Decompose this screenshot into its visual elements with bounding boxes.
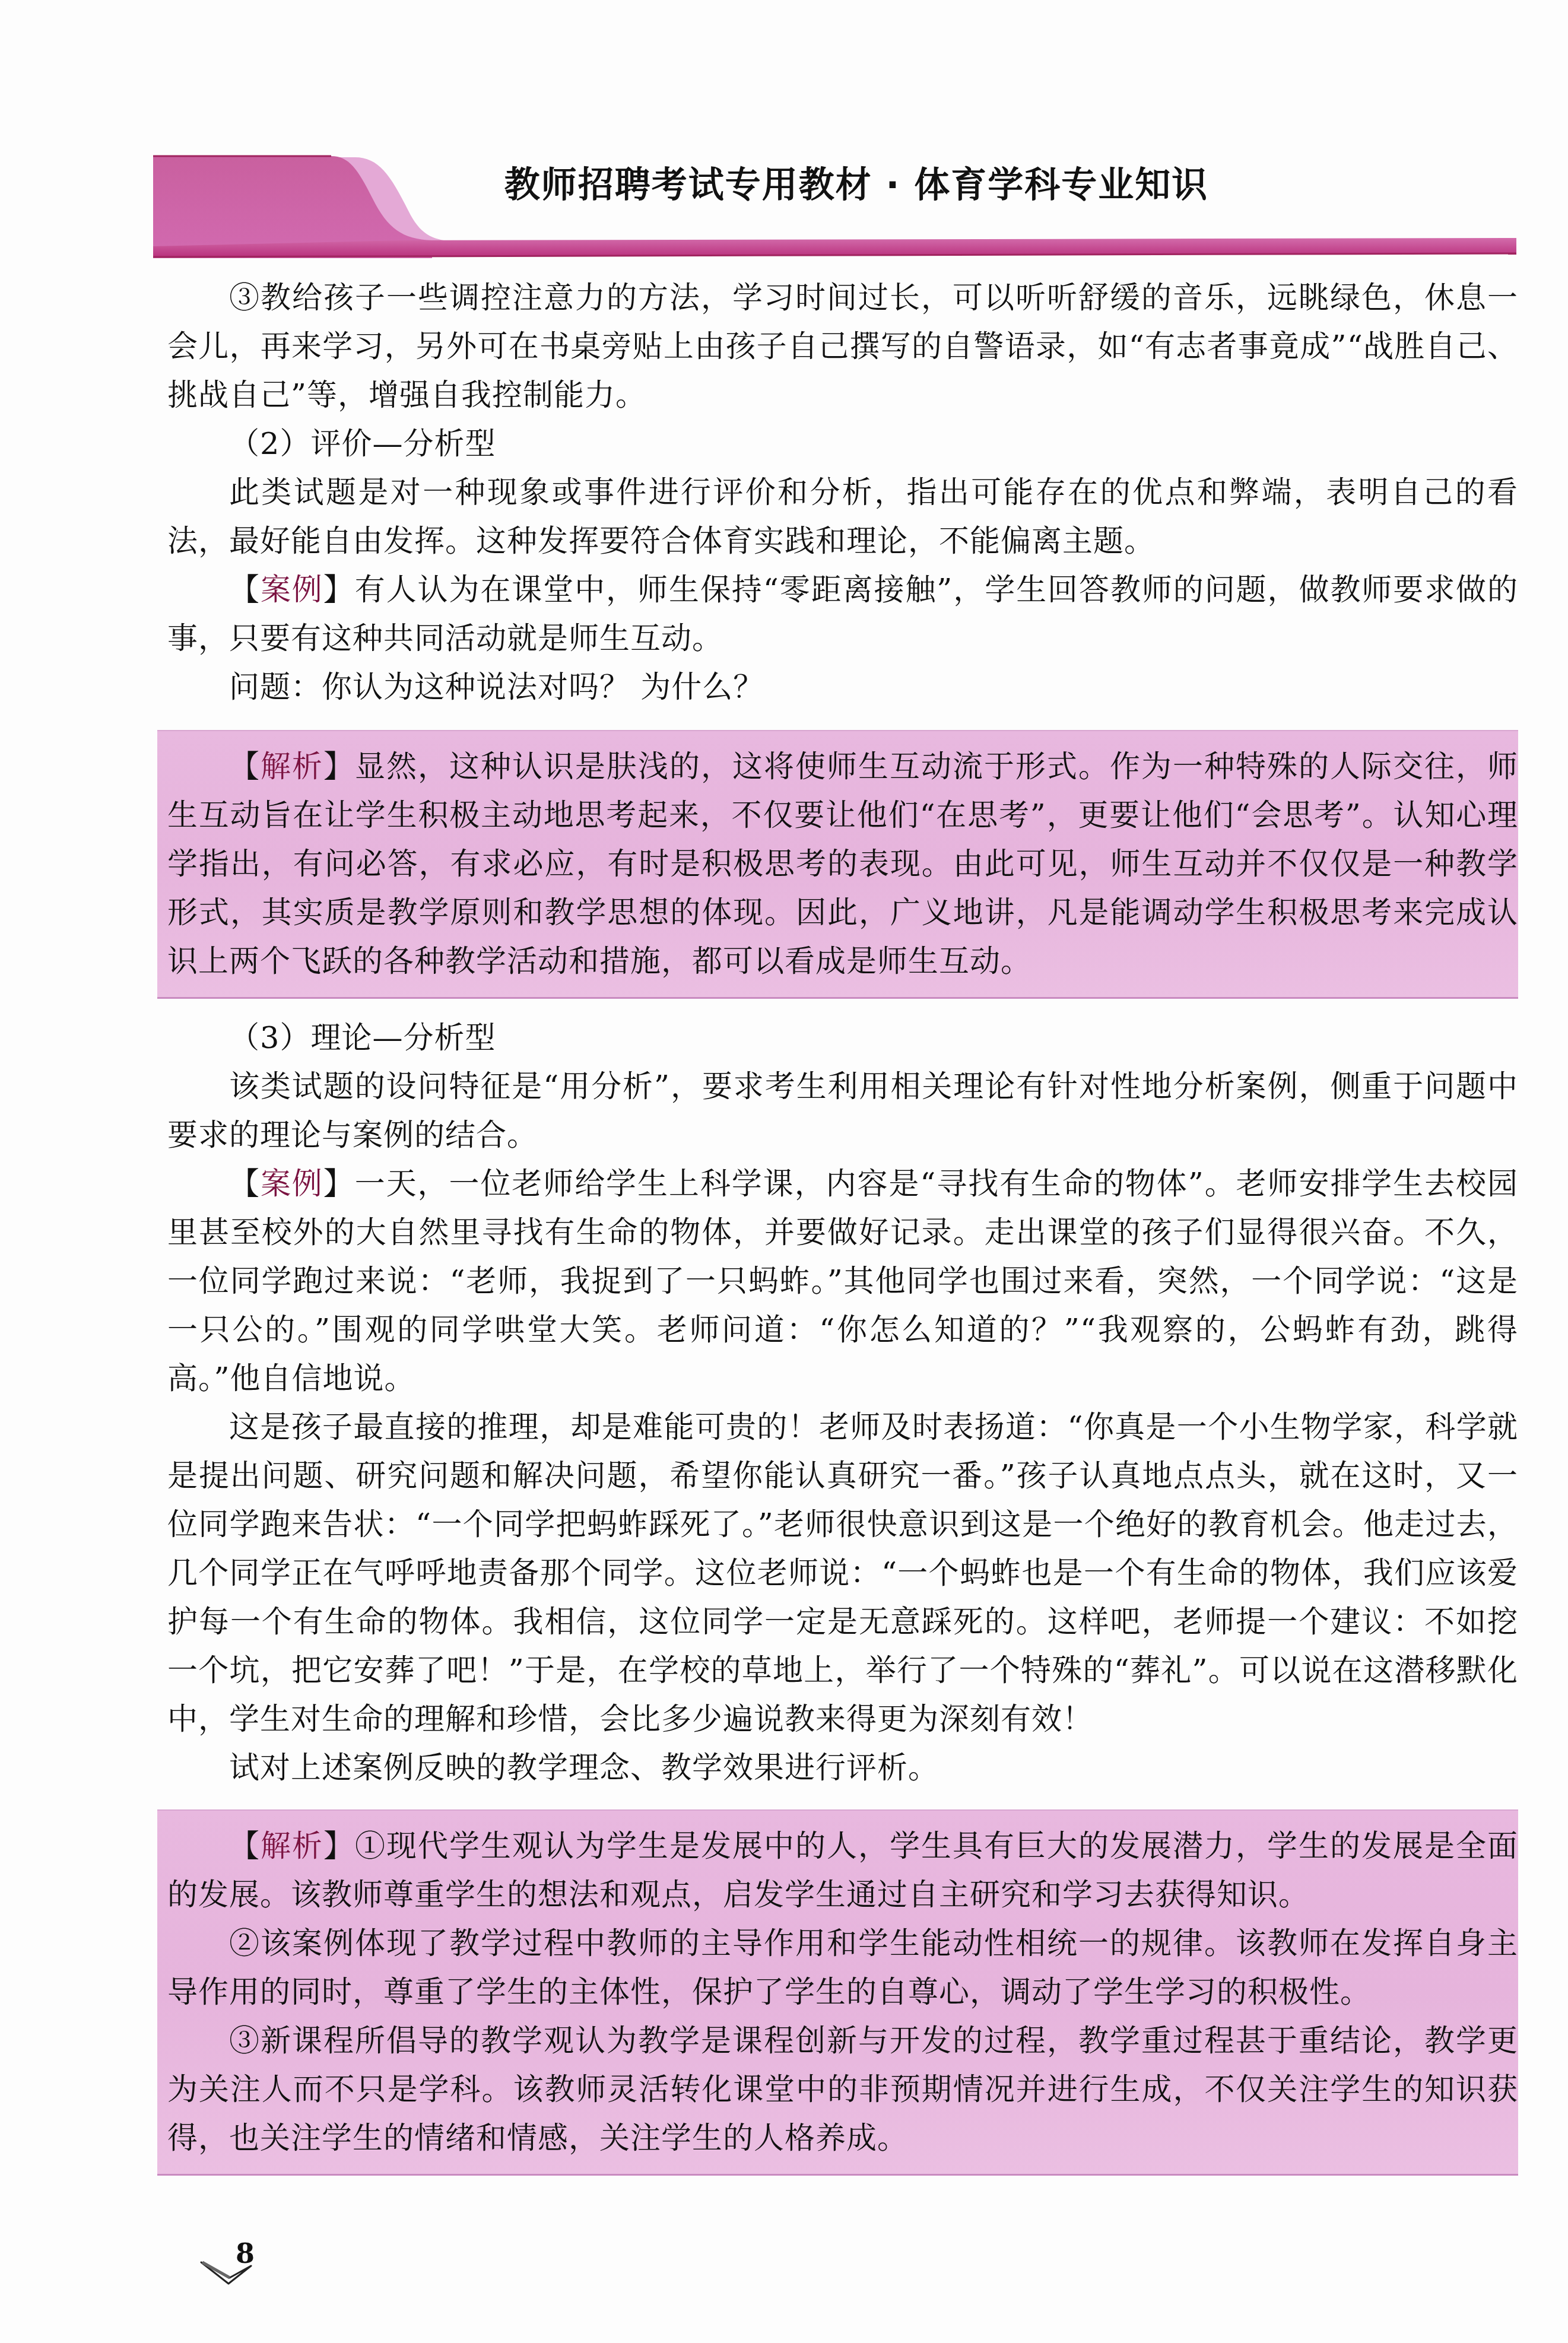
analysis-2-point-1: 【解析】①现代学生观认为学生是发展中的人，学生具有巨大的发展潜力，学生的发展是全…: [167, 1823, 1518, 1920]
analysis-1-text: 【解析】显然，这种认识是肤浅的，这将使师生互动流于形式。作为一种特殊的人际交往，…: [167, 743, 1518, 986]
case-text: 一天，一位老师给学生上科学课，内容是“寻找有生命的物体”。老师安排学生去校园里甚…: [167, 1167, 1518, 1396]
paragraph-item-3: ③教给孩子一些调控注意力的方法，学习时间过长，可以听听舒缓的音乐，远眺绿色，休息…: [167, 274, 1518, 420]
page-content: ③教给孩子一些调控注意力的方法，学习时间过长，可以听听舒缓的音乐，远眺绿色，休息…: [167, 274, 1518, 2176]
analysis-text: 显然，这种认识是肤浅的，这将使师生互动流于形式。作为一种特殊的人际交往，师生互动…: [167, 750, 1518, 979]
open-bracket: 【: [229, 573, 261, 608]
case-label: 案例: [261, 573, 323, 608]
analysis-2-point-2: ②该案例体现了教学过程中教师的主导作用和学生能动性相统一的规律。该教师在发挥自身…: [167, 1920, 1518, 2017]
open-bracket: 【: [229, 750, 261, 785]
section-3-question: 试对上述案例反映的教学理念、教学效果进行评析。: [167, 1744, 1518, 1793]
case-text: 有人认为在课堂中，师生保持“零距离接触”，学生回答教师的问题，做教师要求做的事，…: [167, 573, 1518, 656]
analysis-label: 解析: [261, 1829, 323, 1864]
close-bracket: 】: [323, 1167, 355, 1202]
running-header: 教师招聘考试专用教材 · 体育学科专业知识: [153, 151, 1518, 258]
open-bracket: 【: [229, 1829, 261, 1864]
analysis-point-text: ①现代学生观认为学生是发展中的人，学生具有巨大的发展潜力，学生的发展是全面的发展…: [167, 1829, 1518, 1913]
section-3-heading: （3）理论—分析型: [167, 1014, 1518, 1063]
case-label: 案例: [261, 1167, 323, 1202]
section-2-description: 此类试题是对一种现象或事件进行评价和分析，指出可能存在的优点和弊端，表明自己的看…: [167, 469, 1518, 566]
open-bracket: 【: [229, 1167, 261, 1202]
analysis-box-2: 【解析】①现代学生观认为学生是发展中的人，学生具有巨大的发展潜力，学生的发展是全…: [157, 1809, 1518, 2176]
close-bracket: 】: [323, 573, 355, 608]
analysis-box-1: 【解析】显然，这种认识是肤浅的，这将使师生互动流于形式。作为一种特殊的人际交往，…: [157, 730, 1518, 999]
analysis-2-point-3: ③新课程所倡导的教学观认为教学是课程创新与开发的过程，教学重过程甚于重结论，教学…: [167, 2017, 1518, 2163]
analysis-label: 解析: [261, 750, 323, 785]
section-2-heading: （2）评价—分析型: [167, 420, 1518, 469]
chevron-down-icon: [199, 2237, 270, 2297]
section-3-description: 该类试题的设问特征是“用分析”，要求考生利用相关理论有针对性地分析案例，侧重于问…: [167, 1063, 1518, 1160]
page-number-marker: 8: [199, 2237, 270, 2297]
section-2-question: 问题：你认为这种说法对吗？ 为什么？: [167, 663, 1518, 712]
section-3-case: 【案例】一天，一位老师给学生上科学课，内容是“寻找有生命的物体”。老师安排学生去…: [167, 1160, 1518, 1404]
book-title: 教师招聘考试专用教材 · 体育学科专业知识: [462, 158, 1251, 212]
close-bracket: 】: [323, 1829, 355, 1864]
close-bracket: 】: [323, 750, 355, 785]
section-3-case-continued: 这是孩子最直接的推理，却是难能可贵的！老师及时表扬道：“你真是一个小生物学家，科…: [167, 1404, 1518, 1744]
section-2-case: 【案例】有人认为在课堂中，师生保持“零距离接触”，学生回答教师的问题，做教师要求…: [167, 566, 1518, 663]
